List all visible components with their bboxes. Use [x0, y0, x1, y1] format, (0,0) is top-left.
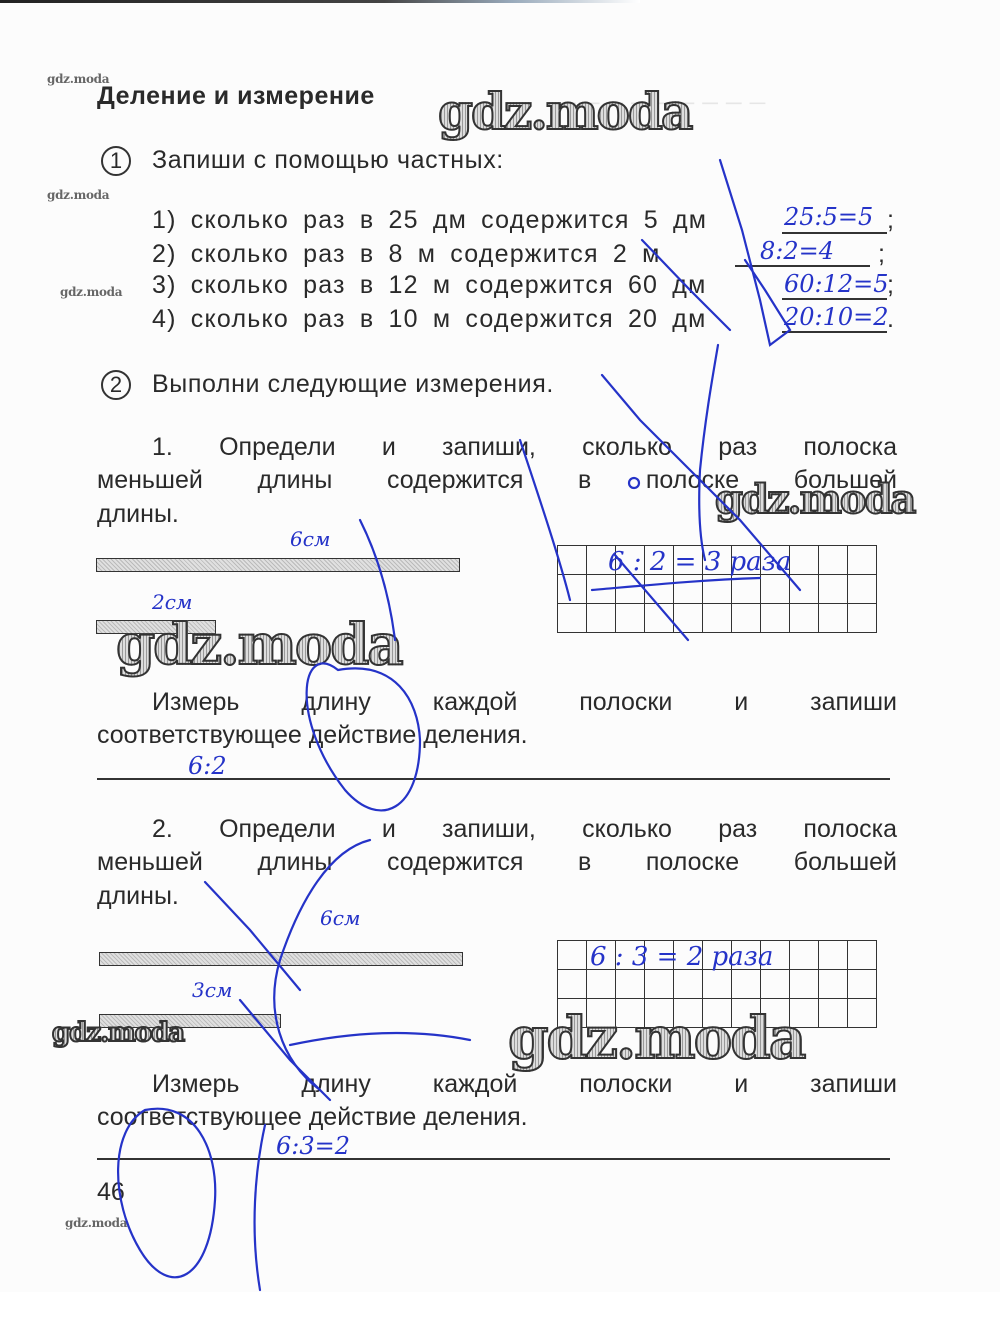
answer-line [735, 265, 870, 267]
part-prompt: 2. Определи и запиши, сколько раз полоск… [97, 813, 897, 846]
handwritten-answer: 20:10=2 [784, 303, 889, 331]
grid-cell [587, 575, 616, 604]
watermark-large: gdz.moda [438, 82, 691, 141]
grid-answer: 6 : 2 = 3 раза [608, 547, 791, 577]
grid-cell [819, 999, 848, 1028]
grid-cell [790, 546, 819, 575]
long-strip [99, 952, 463, 966]
measure-instruction: Измерь длину каждой полоски и запиши [97, 686, 897, 719]
measure-instruction: Измерь длину каждой полоски и запиши [97, 1068, 897, 1101]
grid-cell [790, 970, 819, 999]
grid-cell [558, 575, 587, 604]
grid-cell [645, 575, 674, 604]
grid-cell [848, 604, 877, 633]
grid-cell [732, 575, 761, 604]
grid-cell [848, 970, 877, 999]
long-strip [96, 558, 460, 572]
grid-cell [674, 970, 703, 999]
grid-cell [703, 575, 732, 604]
task-heading: Выполни следующие измерения. [152, 370, 554, 399]
grid-cell [645, 604, 674, 633]
grid-cell [819, 941, 848, 970]
grid-cell [819, 970, 848, 999]
watermark-large: gdz.moda [52, 1018, 184, 1048]
grid-cell [732, 970, 761, 999]
task-item: 1) сколько раз в 25 дм содержится 5 дм [152, 206, 707, 235]
scan-edge [0, 0, 640, 3]
part-prompt: длины. [97, 880, 897, 913]
task-number: 2 [110, 372, 122, 398]
answer-line [782, 331, 887, 333]
grid-cell [674, 575, 703, 604]
grid-cell [587, 604, 616, 633]
grid-cell [819, 546, 848, 575]
page-title: Деление и измерение [97, 82, 375, 111]
task-item: 3) сколько раз в 12 м содержится 60 дм [152, 271, 706, 300]
answer-rule [97, 1158, 890, 1160]
grid-cell [790, 604, 819, 633]
answer-rule [97, 778, 890, 780]
part-prompt: меньшей длины содержится в полоске больш… [97, 846, 897, 879]
measure-answer: 6:2 [188, 752, 227, 780]
strip-label: 6см [320, 906, 361, 930]
task-heading: Запиши с помощью частных: [152, 146, 504, 175]
grid-cell [790, 941, 819, 970]
watermark-small: gdz.moda [60, 285, 122, 299]
grid-cell [848, 575, 877, 604]
watermark-large: gdz.moda [715, 476, 914, 523]
punctuation: ; [887, 206, 895, 235]
grid-cell [819, 575, 848, 604]
page-number: 46 [97, 1178, 125, 1207]
measure-instruction: соответствующее действие деления. [97, 1101, 897, 1134]
punctuation: ; [878, 240, 886, 269]
handwritten-answer: 25:5=5 [784, 203, 873, 231]
strip-label: 2см [152, 590, 193, 614]
grid-cell [848, 941, 877, 970]
measure-instruction: соответствующее действие деления. [97, 719, 897, 752]
grid-cell [819, 604, 848, 633]
grid-cell [616, 604, 645, 633]
task-item: 2) сколько раз в 8 м содержится 2 м [152, 240, 660, 269]
answer-line [782, 298, 887, 300]
workbook-page: ─ ─ ─ ─ ─ ─ ─ ─ ─ gdz.moda gdz.moda gdz.… [0, 0, 1000, 1292]
grid-cell [761, 575, 790, 604]
grid-cell [761, 604, 790, 633]
grid-cell [732, 604, 761, 633]
watermark-large: gdz.moda [116, 612, 402, 678]
grid-cell [848, 546, 877, 575]
grid-cell [848, 999, 877, 1028]
grid-cell [645, 970, 674, 999]
grid-cell [761, 970, 790, 999]
strip-label: 6см [290, 527, 331, 551]
grid-cell [616, 970, 645, 999]
handwritten-answer: 8:2=4 [760, 237, 834, 265]
grid-answer: 6 : 3 = 2 раза [590, 942, 773, 972]
watermark-small: gdz.moda [65, 1216, 127, 1230]
grid-cell [587, 970, 616, 999]
task-item: 4) сколько раз в 10 м содержится 20 дм [152, 305, 706, 334]
part-prompt: 1. Определи и запиши, сколько раз полоск… [97, 431, 897, 464]
grid-cell [703, 970, 732, 999]
watermark-small: gdz.moda [47, 188, 109, 202]
handwritten-answer: 60:12=5 [784, 270, 889, 298]
answer-line [782, 232, 887, 234]
grid-cell [558, 941, 587, 970]
task-number-badge: 2 [101, 370, 131, 400]
grid-cell [616, 575, 645, 604]
grid-cell [703, 604, 732, 633]
grid-cell [558, 604, 587, 633]
strip-label: 3см [192, 978, 233, 1002]
measure-answer: 6:3=2 [276, 1132, 350, 1160]
task-number: 1 [110, 148, 122, 174]
watermark-large: gdz.moda [508, 1004, 804, 1072]
grid-cell [558, 546, 587, 575]
grid-cell [558, 970, 587, 999]
task-number-badge: 1 [101, 146, 131, 176]
grid-cell [790, 575, 819, 604]
grid-cell [674, 604, 703, 633]
